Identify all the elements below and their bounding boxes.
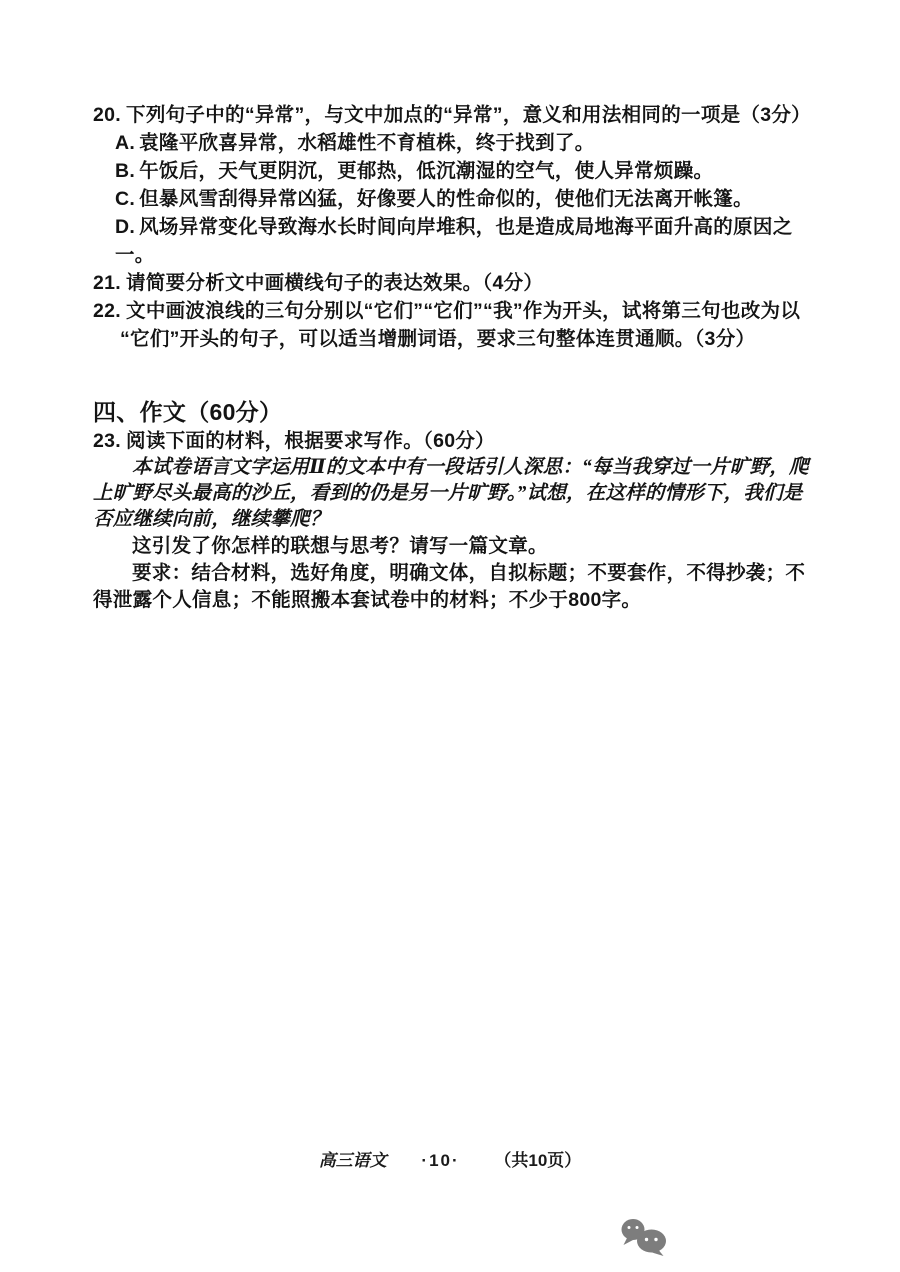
question-23-material: 本试卷语言文字运用Ⅱ的文本中有一段话引人深思：“每当我穿过一片旷野，爬上旷野尽头…	[93, 455, 820, 533]
option-d-label: D.	[115, 216, 135, 238]
option-a-label: A.	[115, 132, 135, 154]
question-20-stem: 下列句子中的“异常”，与文中加点的“异常”，意义和用法相同的一项是（3分）	[126, 104, 811, 126]
exam-paper-page: 20.下列句子中的“异常”，与文中加点的“异常”，意义和用法相同的一项是（3分）…	[0, 0, 900, 1272]
page-footer: 高三语文 ·10· （共10页）	[0, 1146, 900, 1171]
question-20-option-c: C.但暴风雪刮得异常凶猛，好像要人的性命似的，使他们无法离开帐篷。	[93, 185, 820, 213]
exam-content: 20.下列句子中的“异常”，与文中加点的“异常”，意义和用法相同的一项是（3分）…	[93, 101, 820, 614]
section-4-title: 四、作文（60分）	[93, 397, 820, 427]
footer-subject: 高三语文	[319, 1151, 387, 1170]
question-21-number: 21.	[93, 272, 121, 294]
question-20-option-b: B.午饭后，天气更阴沉，更郁热，低沉潮湿的空气，使人异常烦躁。	[93, 157, 820, 185]
option-c-label: C.	[115, 188, 135, 210]
question-23-reflection: 这引发了你怎样的联想与思考？请写一篇文章。	[93, 533, 820, 560]
option-a-text: 袁隆平欣喜异常，水稻雄性不育植株，终于找到了。	[139, 132, 594, 154]
question-22-number: 22.	[93, 300, 121, 322]
question-21-stem: 请简要分析文中画横线句子的表达效果。（4分）	[126, 272, 543, 294]
option-c-text: 但暴风雪刮得异常凶猛，好像要人的性命似的，使他们无法离开帐篷。	[139, 188, 753, 210]
question-23: 23.阅读下面的材料，根据要求写作。（60分）	[93, 427, 820, 455]
option-b-label: B.	[115, 160, 135, 182]
footer-total-pages: （共10页）	[494, 1151, 581, 1170]
question-20-option-a: A.袁隆平欣喜异常，水稻雄性不育植株，终于找到了。	[93, 129, 820, 157]
question-20-number: 20.	[93, 104, 121, 126]
wechat-icon	[618, 1216, 670, 1258]
question-23-requirements: 要求：结合材料，选好角度，明确文体，自拟标题；不要套作，不得抄袭；不得泄露个人信…	[93, 560, 820, 614]
question-21: 21.请简要分析文中画横线句子的表达效果。（4分）	[93, 269, 820, 297]
option-b-text: 午饭后，天气更阴沉，更郁热，低沉潮湿的空气，使人异常烦躁。	[139, 160, 713, 182]
option-d-text: 风场异常变化导致海水长时间向岸堆积，也是造成局地海平面升高的原因之一。	[115, 216, 793, 266]
question-20-option-d: D.风场异常变化导致海水长时间向岸堆积，也是造成局地海平面升高的原因之一。	[93, 213, 820, 269]
footer-page-number: ·10·	[421, 1151, 459, 1170]
question-20: 20.下列句子中的“异常”，与文中加点的“异常”，意义和用法相同的一项是（3分）	[93, 101, 820, 129]
question-23-number: 23.	[93, 430, 121, 452]
question-22-stem: 文中画波浪线的三句分别以“它们”“它们”“我”作为开头，试将第三句也改为以“它们…	[120, 300, 800, 350]
question-23-stem: 阅读下面的材料，根据要求写作。（60分）	[126, 430, 495, 452]
question-22: 22.文中画波浪线的三句分别以“它们”“它们”“我”作为开头，试将第三句也改为以…	[93, 297, 820, 353]
